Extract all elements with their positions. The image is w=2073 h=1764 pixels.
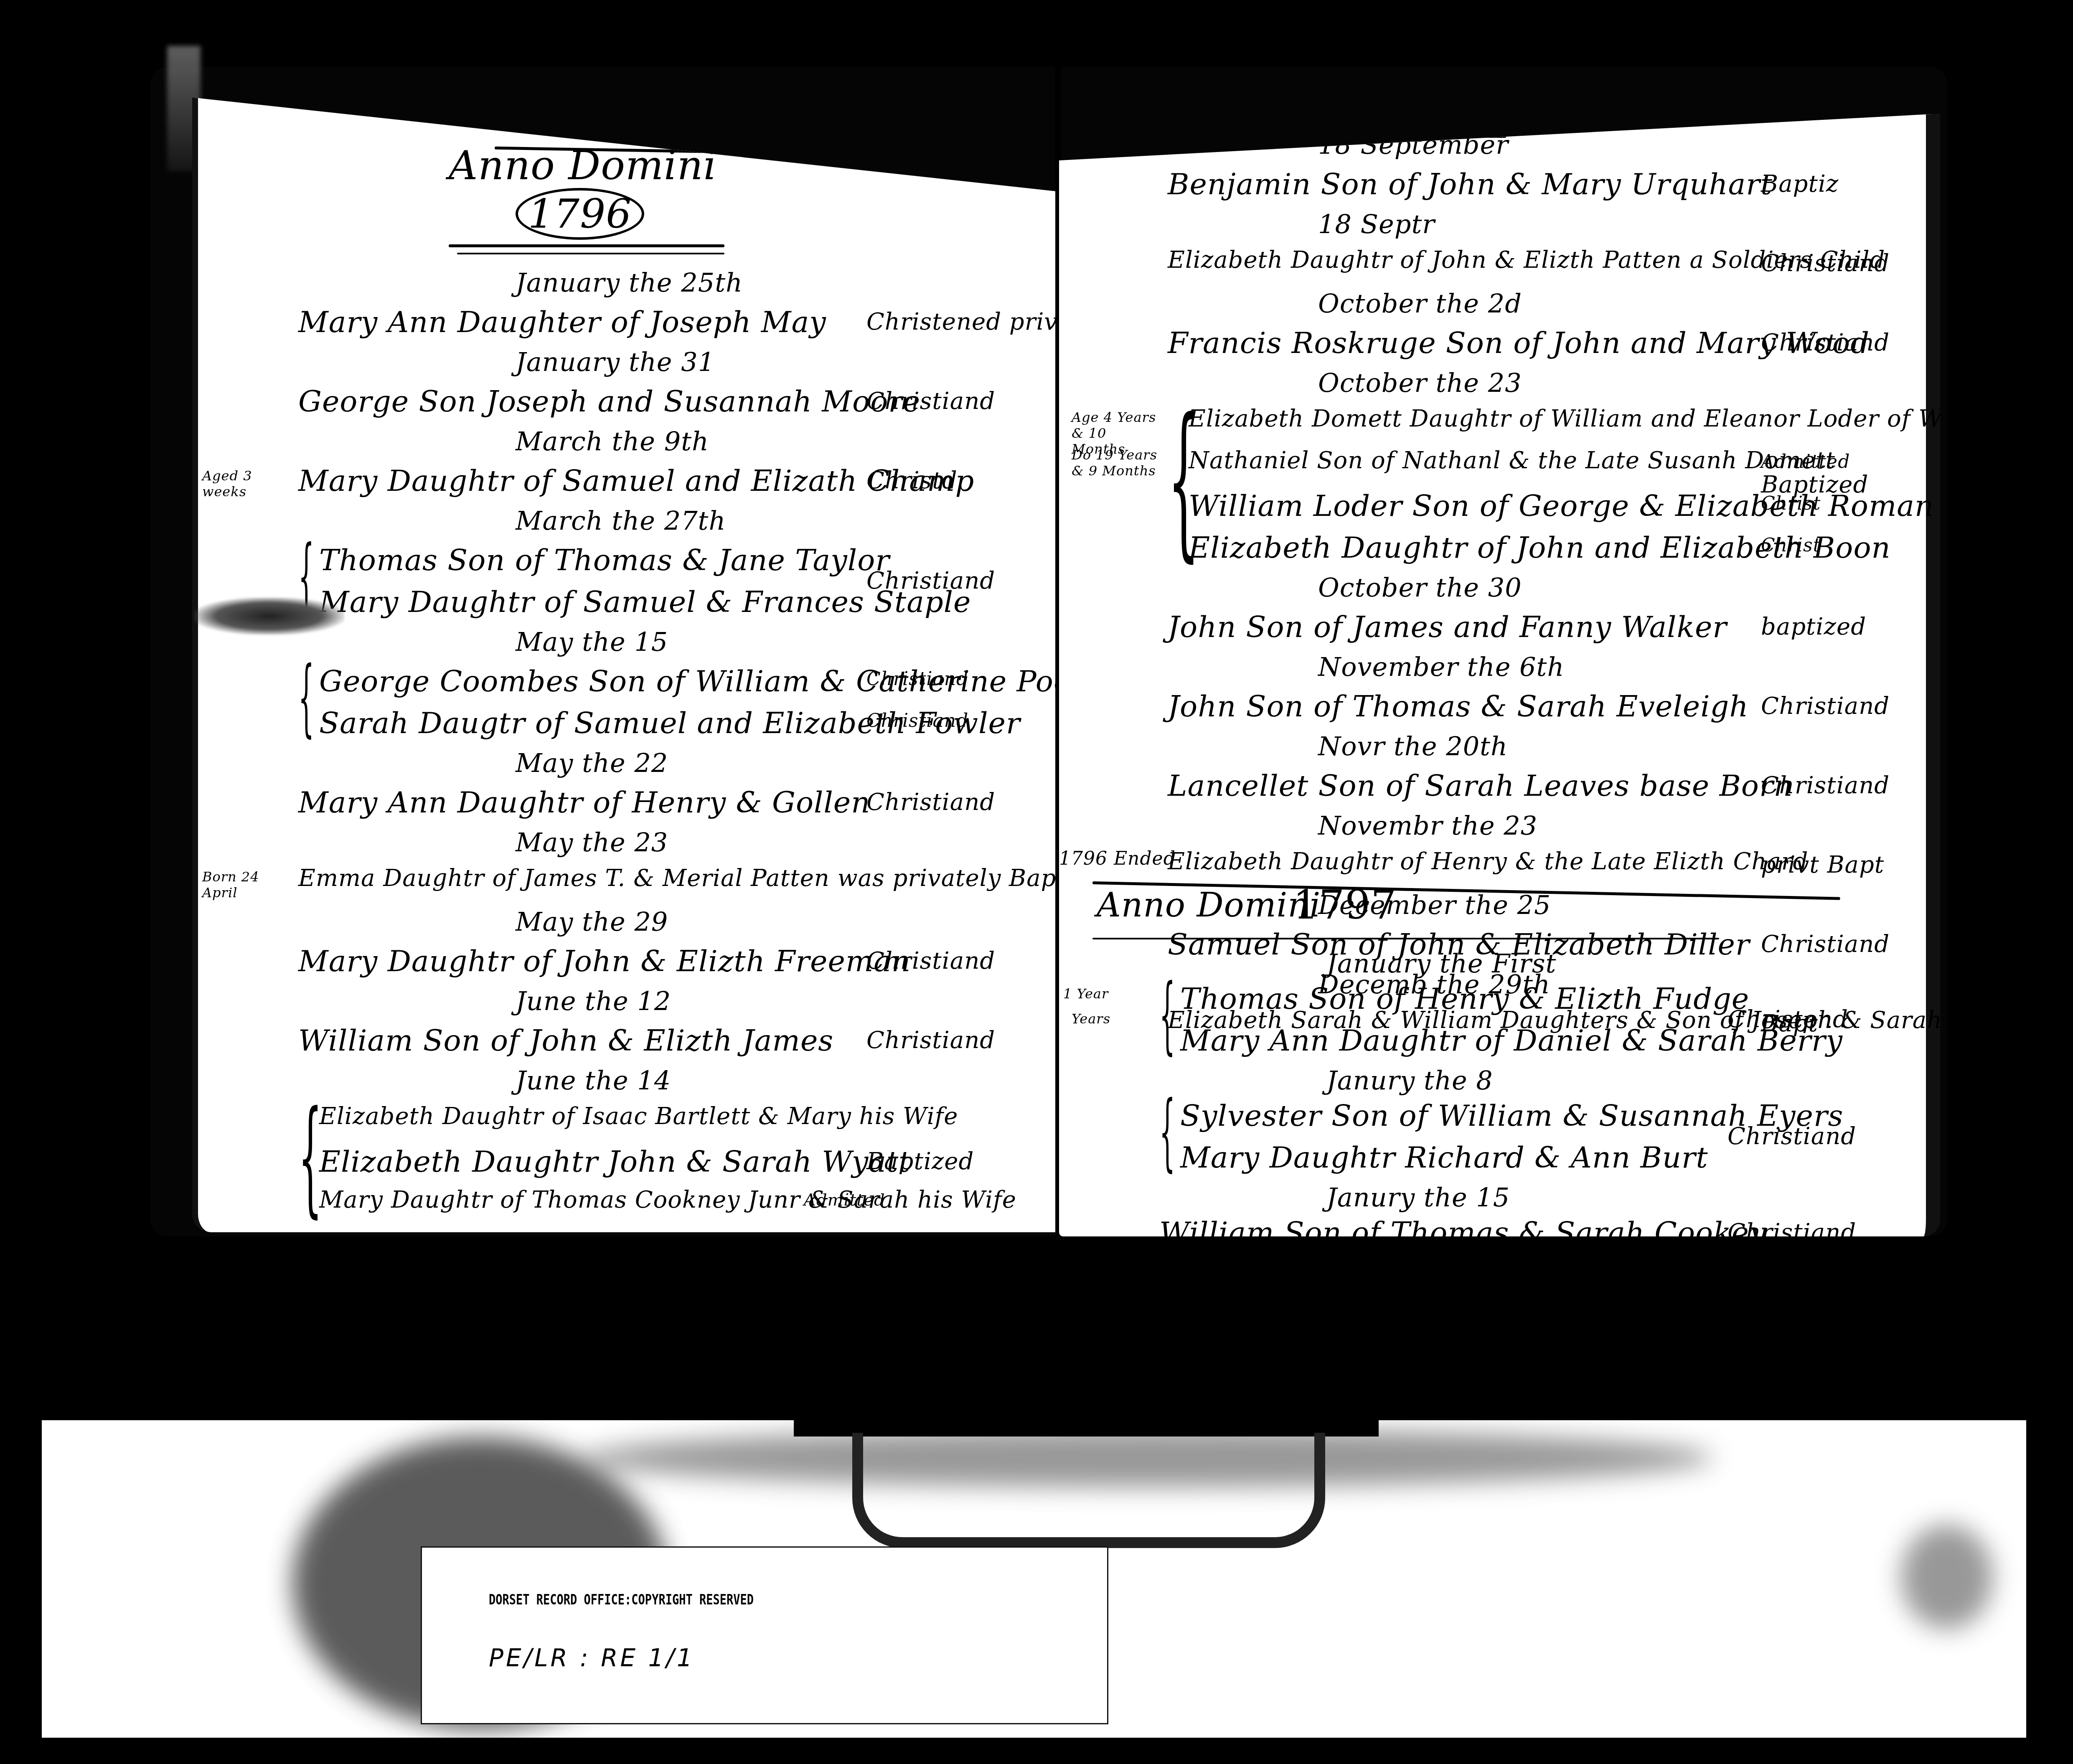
entry-date: June the 26: [516, 1307, 671, 1338]
entry-text: Lancellet Son of Sarah Leaves base Born: [1168, 769, 1793, 803]
entry-text: George Coombes Son of William & Catherin…: [319, 664, 1099, 698]
entry-text: Elizabeth Domett Daughtr of William and …: [1189, 405, 2047, 432]
entry-date: January the First: [1326, 948, 1556, 979]
entry-note: Admitted: [804, 1190, 885, 1210]
year-end-note: 1796 Ended: [1059, 848, 1176, 869]
entry-date: October the 30: [1318, 572, 1522, 603]
entry-text: William Son of Thomas & Sarah Cookey: [1159, 1216, 1766, 1250]
margin-note: Years: [1072, 1011, 1164, 1027]
entry-text: John Mayor Son of James & Mary Fraight: [319, 1387, 951, 1421]
entry-status: Baptized: [866, 1148, 974, 1175]
year-heading: 1796: [516, 188, 644, 240]
entry-status: Christiand: [1761, 329, 1890, 356]
entry-date: May the 29: [516, 906, 668, 937]
entry-text: John Son of James and Fanny Walker: [1168, 610, 1727, 644]
brace-left: {: [1159, 973, 1175, 1057]
entry-status: Christened priv.: [866, 308, 1063, 335]
entry-status: Christiand: [866, 567, 995, 594]
entry-date: May the 23: [516, 827, 668, 858]
microfilm-scan: 118 Anno Domini 1796 January the 25thMar…: [0, 0, 2073, 1764]
entry-status: baptized: [1761, 613, 1866, 640]
entry-text: Mary Daughtr of Thomas Cookney Junr & Sa…: [319, 1186, 1016, 1213]
margin-note: Do 19 Years & 9 Months: [1072, 447, 1164, 479]
archive-label: DORSET RECORD OFFICE:COPYRIGHT RESERVED …: [422, 1548, 1107, 1723]
entry-status: Baptized: [1761, 471, 1868, 498]
entry-status: Christiand: [1761, 772, 1890, 799]
entry-status: Christiand: [866, 668, 968, 690]
entry-date: May the 15: [516, 627, 668, 657]
heading-rule: [449, 244, 724, 247]
entry-status: Christ: [1761, 535, 1821, 556]
entry-date: Novembr the 23: [1318, 810, 1537, 841]
entry-date: Novr the 20th: [1318, 731, 1508, 761]
entry-text: Emma Daughtr of James T. & Merial Patten…: [298, 865, 1116, 892]
entry-date: January the 31: [516, 347, 715, 377]
entry-text: Elizabeth Daughtr John & Sarah Wyatt: [319, 1145, 911, 1179]
scan-border: [0, 1738, 2073, 1764]
entry-date: Janury the 8: [1326, 1065, 1493, 1096]
brace-left: {: [298, 1094, 322, 1220]
entry-status: Christiand: [866, 388, 995, 415]
entry-status: Christiand: [866, 1269, 995, 1296]
entry-text: Eleanor Daughtr of John and Maria Benett: [298, 1266, 947, 1300]
entry-date: March the 27th: [516, 505, 726, 536]
entry-status: Christiand: [866, 1027, 995, 1054]
brace-left: {: [1159, 1090, 1175, 1174]
brace-left: {: [1168, 397, 1199, 564]
section-heading: Anno Domini: [1097, 886, 1321, 924]
archive-copyright: DORSET RECORD OFFICE:COPYRIGHT RESERVED: [489, 1592, 754, 1608]
right-page: 119 1796 & 1797 1797 18 SeptemberBenjami…: [1059, 67, 1940, 1236]
entry-status: Baptiz: [1761, 170, 1839, 198]
entry-status: Admitted: [1761, 451, 1850, 472]
entry-text: Elizabeth Daughtr of Isaac Bartlett & Ma…: [319, 1103, 958, 1130]
entry-status: Christiand or Baptized: [866, 1390, 1144, 1417]
entry-text: William Son of John & Elizth James: [298, 1023, 833, 1058]
entry-date: June the 14: [516, 1065, 671, 1096]
margin-note: Aged 3 weeks: [202, 468, 294, 500]
entry-text: Susannah Daughtr of Samuel and Mary Jame…: [1159, 1291, 1862, 1325]
entry-text: Thomas Son of Thomas & Jane Taylor: [319, 543, 890, 577]
entry-status: Christiand: [1761, 250, 1890, 277]
entry-text: George Son Joseph and Susannah Moore: [298, 384, 920, 419]
entry-text: Elizabeth Daughtr of Henry & the Late El…: [1168, 848, 1808, 875]
margin-note: 1 Year: [1063, 986, 1155, 1002]
entry-status: Christiand: [1761, 931, 1890, 958]
clamp-handle: [852, 1433, 1325, 1548]
entry-text: Mary Daughtr Richard & Ann Burt: [1180, 1140, 1708, 1175]
ink-blot: [194, 597, 344, 635]
entry-date: March the 9th: [516, 426, 709, 457]
section-divider: [1092, 938, 1719, 939]
entry-text: Thomas Son of Henry & Elizth Fudge: [1180, 982, 1749, 1016]
entry-status: Christd: [866, 467, 958, 494]
entry-status: Christend: [1727, 1006, 1848, 1033]
heading-rule: [457, 253, 724, 254]
entry-status: Christiand: [1727, 1294, 1856, 1321]
entry-text: Nathaniel Son of Nathanl & the Late Susa…: [1189, 447, 1835, 474]
entry-text: Benjamin Son of John & Mary Urquhart: [1168, 167, 1773, 201]
entry-status: Christiand: [866, 710, 968, 731]
entry-text: Mary Ann Daughter of Joseph May: [298, 305, 826, 339]
entry-status: Christiand: [1727, 1219, 1856, 1246]
left-page: 118 Anno Domini 1796 January the 25thMar…: [192, 50, 1063, 1232]
entry-date: May the 22: [516, 748, 668, 778]
entry-date: October the 23: [1318, 368, 1522, 398]
entry-status: privt Bapt: [1761, 851, 1884, 878]
entry-status: Christiand: [866, 789, 995, 816]
entry-date: Janury the 29: [1326, 1257, 1510, 1288]
entry-text: Mary Ann Daughtr of Henry & Gollen: [298, 785, 870, 820]
entry-status: Christiand: [866, 947, 995, 975]
archive-reference: PE/LR : RE 1/1: [489, 1644, 695, 1672]
entry-date: June the 12: [516, 986, 671, 1016]
entry-status: Christiand: [1761, 693, 1890, 720]
entry-text: John Son of Thomas & Sarah Eveleigh: [1168, 689, 1749, 723]
year-heading: 1797: [1293, 881, 1397, 928]
entry-date: Janury the 15: [1326, 1182, 1510, 1213]
entry-date: November the 6th: [1318, 652, 1564, 682]
entry-date: October the 2d: [1318, 288, 1522, 319]
margin-note: Born 24 April: [202, 869, 294, 901]
entry-date: January the 25th: [516, 267, 743, 298]
entry-text: Mary Daughtr of John & Elizth Freeman: [298, 944, 911, 978]
entry-status: Christiand: [1727, 1123, 1856, 1150]
entry-text: Martha Daughtr Caleb & Edith Clarke: [319, 1345, 902, 1379]
brace-left: {: [298, 656, 314, 739]
entry-date: 18 Septr: [1318, 209, 1435, 239]
